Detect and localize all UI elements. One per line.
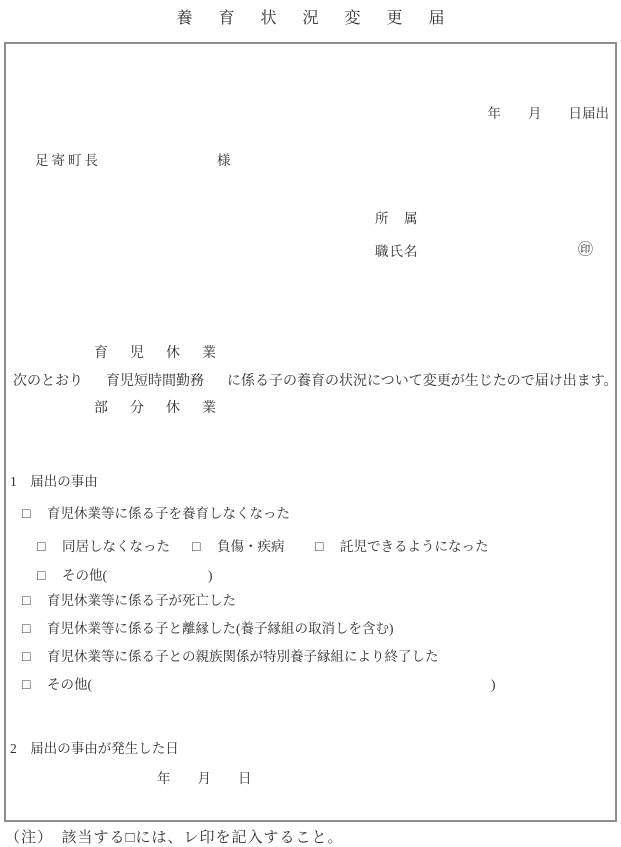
other-reason-fill-area[interactable]	[107, 568, 208, 580]
checkbox-label: 同居しなくなった	[62, 539, 170, 554]
checkbox-label: 負傷・疾病	[217, 539, 285, 554]
checkbox-item-not-raising: □育児休業等に係る子を養育しなくなった	[22, 505, 290, 522]
statement-prefix: 次のとおり	[13, 373, 83, 390]
checkbox-item-other: □その他()	[22, 676, 496, 693]
checkbox-label: その他(	[47, 677, 92, 692]
affiliation-label[interactable]: 所 属	[375, 210, 419, 227]
section2-heading: 2 届出の事由が発生した日	[10, 740, 179, 757]
checkbox-item-injury-illness: □負傷・疾病	[192, 538, 285, 555]
statement-suffix: に係る子の養育の状況について変更が生じたので届け出ます。	[227, 373, 618, 390]
checkbox-label: 育児休業等に係る子が死亡した	[47, 593, 236, 608]
checkbox[interactable]: □	[22, 678, 35, 693]
checkbox-item-child-died: □育児休業等に係る子が死亡した	[22, 592, 236, 609]
checkbox-label: 育児休業等に係る子と離縁した(養子縁組の取消しを含む)	[47, 621, 394, 636]
closing-paren: )	[491, 677, 496, 692]
checkbox[interactable]: □	[22, 594, 35, 609]
form-border-box: 年 月 日届出 足寄町長 様 所 属 職氏名 ㊞ 次のとおり 育 児 休 業 育…	[4, 42, 617, 822]
option-partial-leave: 部 分 休 業	[90, 395, 220, 423]
checkbox[interactable]: □	[37, 569, 50, 584]
checkbox-item-dissolved-adoption: □育児休業等に係る子と離縁した(養子縁組の取消しを含む)	[22, 620, 394, 637]
checkbox-item-childcare-available: □託児できるようになった	[315, 538, 489, 555]
leave-type-options: 育 児 休 業 育児短時間勤務 部 分 休 業	[90, 340, 220, 423]
checkbox[interactable]: □	[37, 540, 50, 555]
checkbox[interactable]: □	[22, 650, 35, 665]
checkbox[interactable]: □	[22, 507, 35, 522]
checkbox-item-not-living-together: □同居しなくなった	[37, 538, 170, 555]
recipient-honorific: 様	[217, 152, 231, 169]
submission-date-line[interactable]: 年 月 日届出	[488, 105, 610, 122]
footnote: （注） 該当する□には、レ印を記入すること。	[5, 826, 344, 847]
checkbox[interactable]: □	[22, 622, 35, 637]
checkbox-label: その他(	[62, 568, 107, 583]
checkbox[interactable]: □	[315, 540, 328, 555]
form-title: 養育状況変更届	[0, 5, 621, 28]
statement-sentence: 次のとおり 育 児 休 業 育児短時間勤務 部 分 休 業 に係る子の養育の状況…	[13, 340, 618, 423]
option-childcare-leave: 育 児 休 業	[90, 340, 220, 368]
option-shortened-hours: 育児短時間勤務	[90, 368, 220, 396]
checkbox[interactable]: □	[192, 540, 205, 555]
checkbox-item-other-sub: □その他()	[37, 567, 213, 584]
sub-checkbox-row: □同居しなくなった □負傷・疾病 □託児できるようになった	[6, 538, 615, 556]
section1-heading: 1 届出の事由	[10, 473, 98, 490]
closing-paren: )	[208, 568, 213, 583]
checkbox-label: 託児できるようになった	[340, 539, 489, 554]
recipient-name: 足寄町長	[35, 152, 101, 169]
checkbox-label: 育児休業等に係る子との親族関係が特別養子縁組により終了した	[47, 649, 439, 664]
other-reason-fill-area[interactable]	[92, 677, 491, 689]
seal-mark-icon: ㊞	[578, 242, 593, 259]
occurrence-date-line[interactable]: 年 月 日	[157, 770, 252, 787]
checkbox-label: 育児休業等に係る子を養育しなくなった	[47, 506, 290, 521]
checkbox-item-special-adoption-ended: □育児休業等に係る子との親族関係が特別養子縁組により終了した	[22, 648, 439, 665]
position-name-label[interactable]: 職氏名	[375, 243, 419, 260]
